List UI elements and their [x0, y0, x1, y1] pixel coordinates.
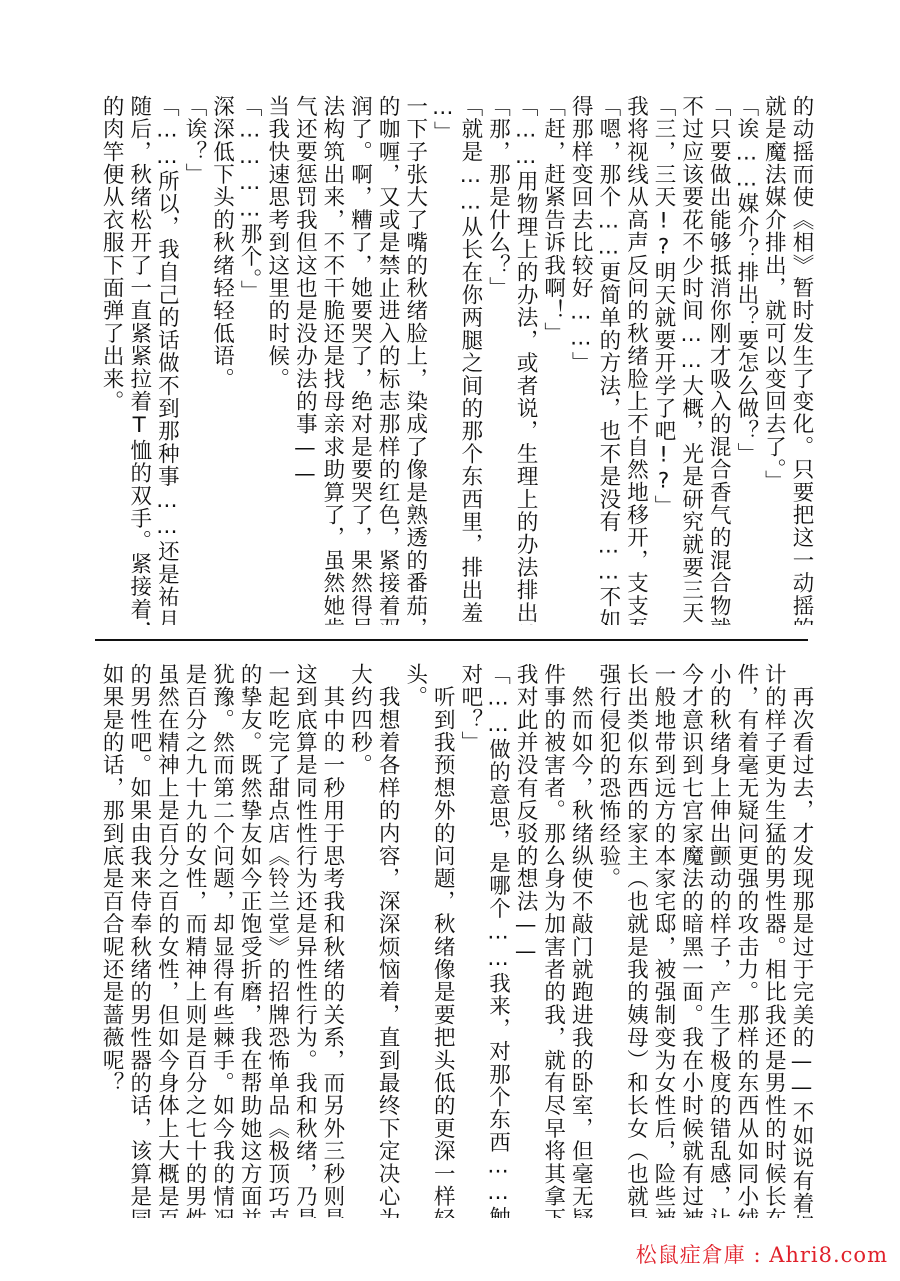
text-column: 强行侵犯的恐怖经验。	[594, 663, 622, 1218]
text-column: 「…………那个。」	[236, 95, 264, 625]
text-column: 随后，秋绪松开了一直紧紧拉着T恤的双手。紧接着，那屹立着	[125, 95, 153, 625]
text-column: …」	[429, 95, 457, 625]
novel-page: 的动摇而使《相》暂时发生了变化。只要把这一动摇的来源——也 就是魔法媒介排出，就…	[0, 0, 900, 1281]
text-column: 「三，三天!?明天就要开学了吧!?」	[649, 95, 677, 625]
text-column: 件，有着毫无疑问更强的攻击力。那样的东西从如同小绒鼠一样娇	[732, 663, 760, 1218]
text-column: 是百分之九十九的女性，而精神上则是百分之七十的男性。而秋绪	[180, 663, 208, 1218]
text-column: 润了。啊，糟了，她要哭了，绝对是要哭了，果然得尽早把对抗魔	[346, 95, 374, 625]
text-column: 长出类似东西的家主（也就是我的姨母）和长女（也就是我的表姐）	[622, 663, 650, 1218]
text-column: 一般地带到远方的本家宅邸，被强制变为女性后，险些被通过魔法	[649, 663, 677, 1218]
text-column: 再次看过去，才发现那是过于完美的——不如说有着相比当初预	[787, 663, 815, 1218]
text-column: 「赶，赶紧告诉我啊！」	[539, 95, 567, 625]
text-column: 听到我预想外的问题，秋绪像是要把头低的更深一样轻轻点了点	[429, 663, 457, 1218]
text-column: 大约四秒。	[346, 663, 374, 1218]
text-column: 不过应该要花不少时间……大概，光是研究就要三天……」	[677, 95, 705, 625]
text-column: 得那样变回去比较好……」	[567, 95, 595, 625]
text-column: 深深低下头的秋绪轻轻低语。	[208, 95, 236, 625]
text-column: 「……所以，我自己的话做不到那种事……还是祐月来做吧。」	[153, 95, 181, 625]
text-column: 我对此并没有反驳的想法——	[511, 663, 539, 1218]
text-column: 的挚友。既然挚友如今正饱受折磨，我在帮助她这方面并不会有所	[236, 663, 264, 1218]
text-column: 我将视线从高声反问的秋绪脸上不自然地移开，支支吾吾地回答：	[622, 95, 650, 625]
text-column: 「诶……媒介？排出？要怎么做？」	[732, 95, 760, 625]
watermark: 松鼠症倉庫 : Ahri8.com	[636, 1239, 888, 1269]
text-column: 「诶？」	[180, 95, 208, 625]
text-column: 一下子张大了嘴的秋绪脸上，染成了像是熟透的番茄，或是超辣	[401, 95, 429, 625]
text-column: 的咖喱，又或是禁止进入的标志那样的红色，紧接着双眼一下子湿	[374, 95, 402, 625]
text-column: 这到底算是同性性行为还是异性性行为。我和秋绪，乃是放学路上	[291, 663, 319, 1218]
text-column: 虽然在精神上是百分之百的女性，但如今身体上大概是百分之五十	[153, 663, 181, 1218]
text-column: 当我快速思考到这里的时候。	[263, 95, 291, 625]
text-column: 「只要做出能够抵消你刚才吸入的混合香气的混合物就行了……	[705, 95, 733, 625]
text-column: 一起吃完了甜点店《铃兰堂》的招牌恐怖单品《极顶巧克力帕菲》	[263, 663, 291, 1218]
text-column: 「……做的意思，是哪个……我来，对那个东西……触碰和套弄，	[484, 663, 512, 1218]
text-column: 「嗯，那个……更简单的方法，也不是没有……不如说，我也觉	[594, 95, 622, 625]
text-column: 气还要惩罚我但这也是没办法的事——	[291, 95, 319, 625]
text-column: 我想着各样的内容，深深烦恼着，直到最终下定决心为止，花了	[374, 663, 402, 1218]
text-column: 计的样子更为生猛的男性器。相比我还是男性的时候长在下面的那	[760, 663, 788, 1218]
text-column: 法构筑出来，不不干脆还是找母亲求助算了，虽然她肯定会非常生	[318, 95, 346, 625]
text-column: 的动摇而使《相》暂时发生了变化。只要把这一动摇的来源——也	[787, 95, 815, 625]
text-column: 对吧？」	[456, 663, 484, 1218]
text-column: 「那，那是什么？」	[484, 95, 512, 625]
text-column: 件事的被害者。那么身为加害者的我，就有尽早将其拿下来的义务。	[539, 663, 567, 1218]
text-column: 如果是的话，那到底是百合呢还是蔷薇呢？	[98, 663, 126, 1218]
text-column: 「就是……从长在你两腿之间的那个东西里，排出羞耻的液体…	[456, 95, 484, 625]
text-column: 「……用物理上的办法，或者说，生理上的办法排出就行。」	[511, 95, 539, 625]
text-column: 然而如今，秋绪纵使不敲门就跑进我的卧室，但毫无疑问还是整	[567, 663, 595, 1218]
section-divider	[95, 639, 808, 641]
top-text-block: 的动摇而使《相》暂时发生了变化。只要把这一动摇的来源——也 就是魔法媒介排出，就…	[90, 95, 815, 625]
text-column: 其中的一秒用于思考我和秋绪的关系，而另外三秒则是用来思考	[318, 663, 346, 1218]
text-column: 头。	[401, 663, 429, 1218]
text-column: 小的秋绪身上伸出颤动的样子，产生了极度的错乱感，让我事到如	[705, 663, 733, 1218]
bottom-text-block: 再次看过去，才发现那是过于完美的——不如说有着相比当初预 计的样子更为生猛的男性…	[90, 663, 815, 1218]
text-column: 的男性吧。如果由我来侍奉秋绪的男性器的话，该算是同性恋吗？	[125, 663, 153, 1218]
text-column: 今才意识到七宫家魔法的暗黑一面。我在小时候就有过被近乎绑架	[677, 663, 705, 1218]
text-column: 的肉竿便从衣服下面弹了出来。	[98, 95, 126, 625]
text-column: 犹豫。然而第二个问题，却显得有些棘手。如今我的情况，是身体	[208, 663, 236, 1218]
text-column: 就是魔法媒介排出，就可以变回去了。」	[760, 95, 788, 625]
